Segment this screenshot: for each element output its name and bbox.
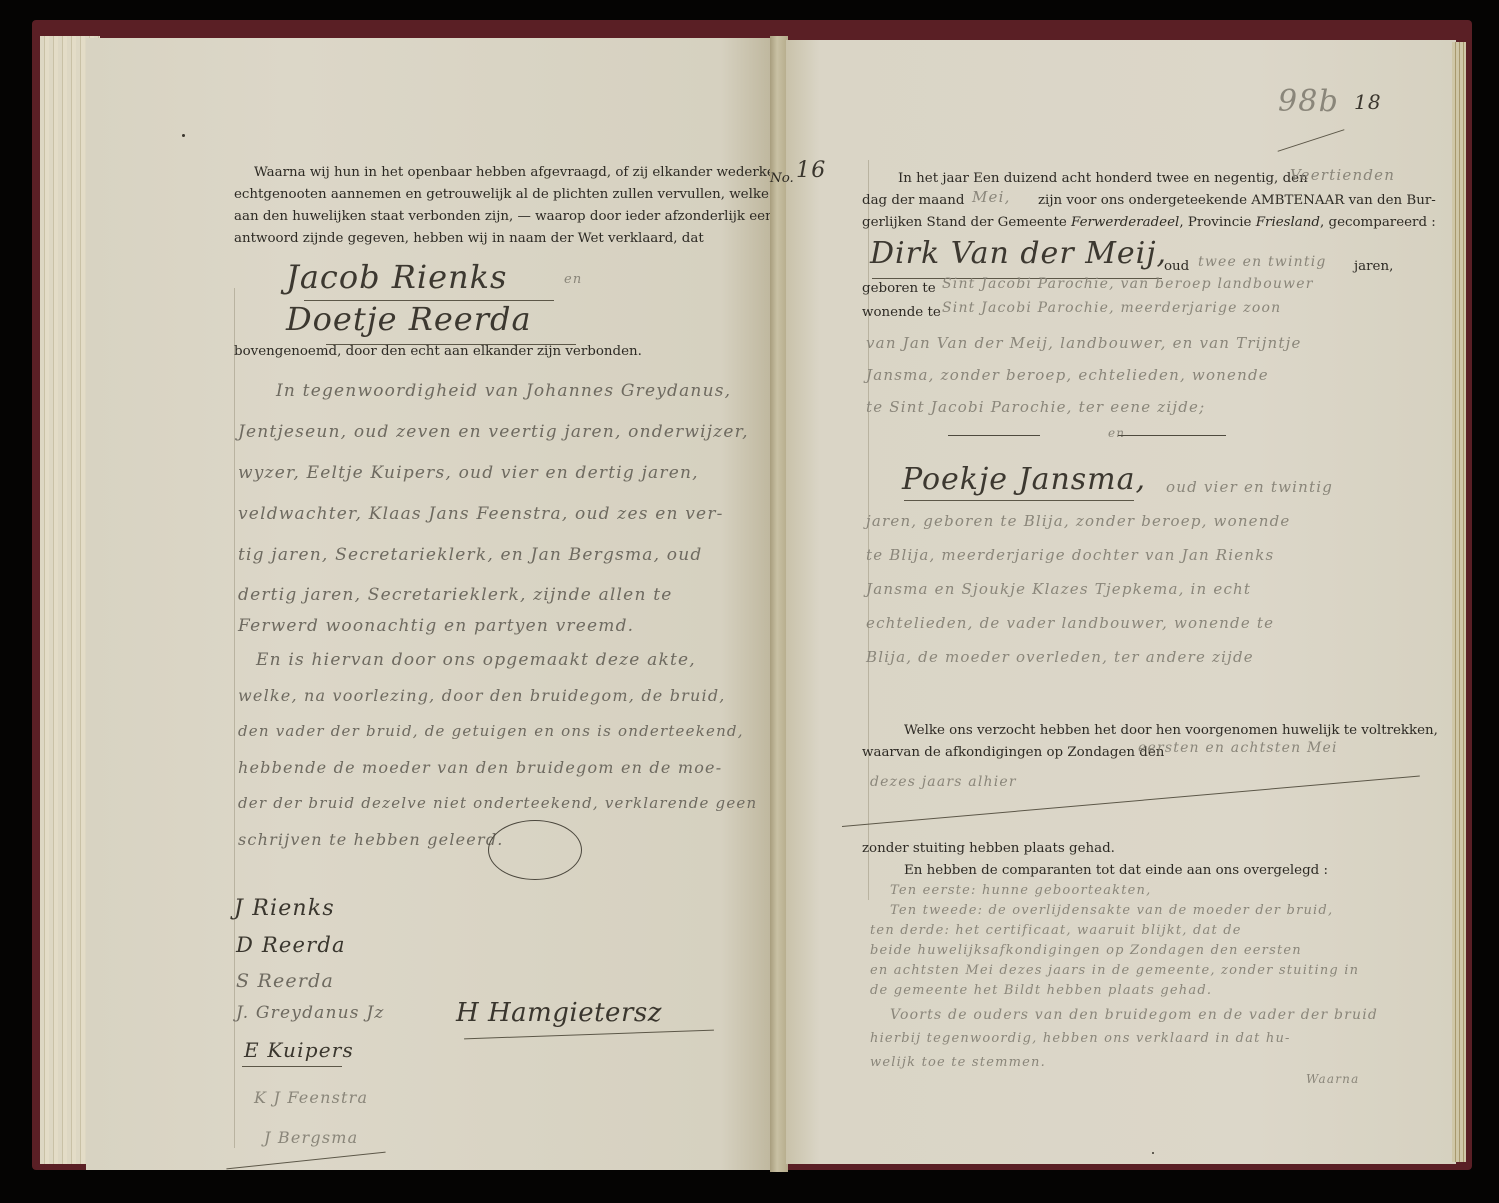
groom-name: Jacob Rienks	[286, 258, 507, 296]
groom-details-line-1: van Jan Van der Meij, landbouwer, en van…	[866, 334, 1302, 352]
ink-speck	[182, 134, 185, 137]
documents-line-7: Voorts de ouders van den bruidegom en de…	[890, 1007, 1378, 1023]
witness-line-2: Jentjeseun, oud zeven en veertig jaren, …	[238, 422, 749, 442]
signature-flourish	[242, 1066, 342, 1067]
printed-wonende: wonende te	[862, 302, 941, 323]
witness-line-7: Ferwerd woonachtig en partyen vreemd.	[238, 616, 634, 636]
closing-line-4: hebbende de moeder van den bruidegom en …	[238, 758, 722, 777]
printed-united: bovengenoemd, door den echt aan elkander…	[234, 341, 642, 362]
signature-groom: J Rienks	[234, 896, 335, 921]
documents-line-3: ten derde: het certificaat, waaruit blij…	[870, 923, 1242, 938]
separator-right	[1118, 435, 1226, 436]
bride-name-underline	[904, 500, 1134, 501]
connector-en: en	[564, 272, 582, 287]
banns-place: dezes jaars alhier	[870, 774, 1017, 790]
signature-witness-greydanus: J. Greydanus Jz	[236, 1003, 385, 1023]
printed-line-3-b: , Provincie	[1179, 215, 1251, 230]
signature-bride: D Reerda	[236, 933, 346, 957]
printed-line-1: In het jaar Een duizend acht honderd twe…	[898, 168, 1308, 189]
signature-flourish-bergsma	[226, 1152, 385, 1170]
municipality: Ferwerderadeel	[1071, 215, 1179, 230]
left-page: Waarna wij hun in het openbaar hebben af…	[86, 38, 776, 1170]
documents-line-4: beide huwelijksafkondigingen op Zondagen…	[870, 943, 1302, 958]
groom-details-line-2: Jansma, zonder beroep, echtelieden, wone…	[866, 366, 1269, 384]
groom-residence: Sint Jacobi Parochie, meerderjarige zoon	[942, 300, 1281, 316]
witness-line-6: dertig jaren, Secretarieklerk, zijnde al…	[238, 585, 673, 605]
record-number-label: No.	[770, 168, 794, 189]
folio-number: 18	[1354, 90, 1382, 114]
witness-line-4: veldwachter, Klaas Jans Feenstra, oud ze…	[238, 504, 724, 524]
documents-line-8: hierbij tegenwoordig, hebben ons verklaa…	[870, 1031, 1291, 1046]
closing-line-2: welke, na voorlezing, door den bruidegom…	[238, 686, 726, 705]
witness-line-3: wyzer, Eeltje Kuipers, oud vier en derti…	[238, 463, 699, 483]
documents-line-5: en achtsten Mei dezes jaars in de gemeen…	[870, 963, 1359, 978]
printed-jaren: jaren,	[1354, 256, 1393, 277]
right-page-edges	[1452, 42, 1466, 1162]
groom-name: Dirk Van der Meij,	[870, 236, 1167, 271]
bride-details-line-5: echtelieden, de vader landbouwer, wonend…	[866, 614, 1274, 632]
signature-father-bride: S Reerda	[236, 970, 334, 992]
printed-line-2-a: dag der maand	[862, 190, 964, 211]
bride-details-line-4: Jansma en Sjoukje Klazes Tjepkema, in ec…	[866, 580, 1251, 598]
bride-name: Doetje Reerda	[286, 300, 532, 338]
bride-details-line-6: Blija, de moeder overleden, ter andere z…	[866, 648, 1254, 666]
documents-line-1: Ten eerste: hunne geboorteakten,	[890, 883, 1151, 898]
closing-line-1: En is hiervan door ons opgemaakt deze ak…	[256, 650, 696, 670]
bride-details-line-1: oud vier en twintig	[1166, 478, 1333, 496]
printed-line-3-c: , gecompareerd :	[1320, 215, 1436, 230]
groom-birthplace: Sint Jacobi Parochie, van beroep landbou…	[942, 276, 1314, 292]
page-speck	[1152, 1152, 1154, 1154]
printed-documents: En hebben de comparanten tot dat einde a…	[904, 860, 1328, 881]
closing-line-6: schrijven te hebben geleerd.	[238, 830, 504, 849]
printed-no-objection: zonder stuiting hebben plaats gehad.	[862, 838, 1115, 859]
record-number: 16	[796, 158, 826, 183]
witness-line-5: tig jaren, Secretarieklerk, en Jan Bergs…	[238, 545, 702, 565]
groom-age: twee en twintig	[1198, 254, 1327, 270]
printed-intro-line-4: antwoord zijnde gegeven, hebben wij in n…	[234, 228, 704, 249]
official-signature-flourish	[464, 1030, 714, 1040]
margin-rule	[868, 160, 869, 900]
printed-oud: oud	[1164, 256, 1189, 277]
closing-line-3: den vader der bruid, de getuigen en ons …	[238, 722, 744, 740]
printed-geboren: geboren te	[862, 278, 936, 299]
folio-mark: 98b	[1278, 84, 1339, 119]
printed-intro-line-2: echtgenooten aannemen en getrouwelijk al…	[234, 184, 855, 205]
province: Friesland	[1256, 215, 1320, 230]
signature-witness-feenstra: K J Feenstra	[254, 1088, 368, 1107]
printed-line-2-b: zijn voor ons ondergeteekende AMBTENAAR …	[1038, 190, 1436, 211]
closing-line-5: der der bruid dezelve niet onderteekend,…	[238, 794, 757, 812]
official-seal-stamp	[488, 820, 582, 880]
printed-intro-line-1: Waarna wij hun in het openbaar hebben af…	[254, 162, 825, 183]
catchword: Waarna	[1306, 1072, 1359, 1086]
printed-request-1: Welke ons verzocht hebben het door hen v…	[904, 720, 1438, 741]
day-handwritten: Veertienden	[1290, 166, 1395, 184]
printed-line-3-a: gerlijken Stand der Gemeente	[862, 215, 1067, 230]
banns-dates: eersten en achtsten Mei	[1138, 740, 1338, 756]
bride-details-line-3: te Blija, meerderjarige dochter van Jan …	[866, 546, 1274, 564]
bride-name: Poekje Jansma,	[902, 462, 1146, 497]
printed-request-2: waarvan de afkondigingen op Zondagen den	[862, 742, 1164, 763]
month-handwritten: Mei,	[972, 188, 1011, 206]
right-page: 98b 18 No. 16 In het jaar Een duizend ac…	[786, 40, 1456, 1164]
witness-line-1: In tegenwoordigheid van Johannes Greydan…	[276, 381, 731, 401]
bride-details-line-2: jaren, geboren te Blija, zonder beroep, …	[866, 512, 1291, 530]
documents-line-2: Ten tweede: de overlijdensakte van de mo…	[890, 903, 1333, 918]
margin-rule	[234, 288, 235, 1148]
signature-official: H Hamgietersz	[456, 998, 662, 1028]
signature-witness-kuipers: E Kuipers	[244, 1038, 354, 1062]
separator-left	[948, 435, 1040, 436]
signature-witness-bergsma: J Bergsma	[264, 1128, 358, 1147]
documents-line-9: welijk toe te stemmen.	[870, 1055, 1046, 1070]
printed-line-3: gerlijken Stand der Gemeente Ferwerderad…	[862, 212, 1436, 233]
connector-en: en	[1108, 426, 1125, 440]
folio-mark-underline	[1278, 129, 1345, 152]
documents-line-6: de gemeente het Bildt hebben plaats geha…	[870, 983, 1212, 998]
groom-details-line-3: te Sint Jacobi Parochie, ter eene zijde;	[866, 398, 1205, 416]
